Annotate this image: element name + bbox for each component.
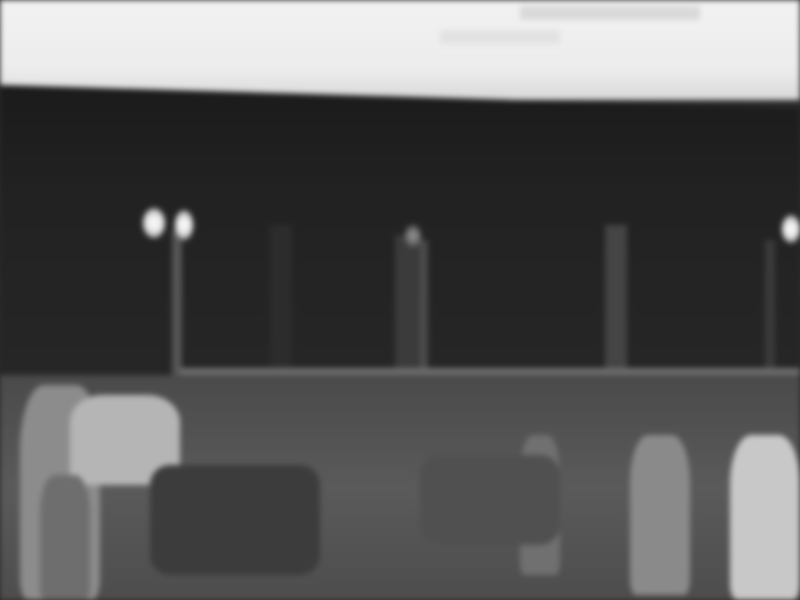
lamp-post xyxy=(418,240,428,375)
sky-artifact xyxy=(440,30,560,44)
building-facade xyxy=(0,85,800,375)
street-foreground xyxy=(0,375,800,600)
lamp-globe xyxy=(143,208,165,238)
lamp-globe xyxy=(405,225,421,247)
photo-scene xyxy=(0,0,800,600)
sky-region xyxy=(0,0,800,100)
person-figure xyxy=(630,435,690,595)
lamp-post xyxy=(172,230,182,375)
person-figure xyxy=(40,475,90,600)
vehicle-shape xyxy=(420,455,560,545)
lamp-post xyxy=(765,240,775,375)
lamp-globe xyxy=(175,210,193,240)
sky-artifact xyxy=(520,6,700,20)
vehicle-shape xyxy=(150,465,320,575)
person-figure xyxy=(730,435,800,600)
lamp-globe xyxy=(782,215,800,243)
